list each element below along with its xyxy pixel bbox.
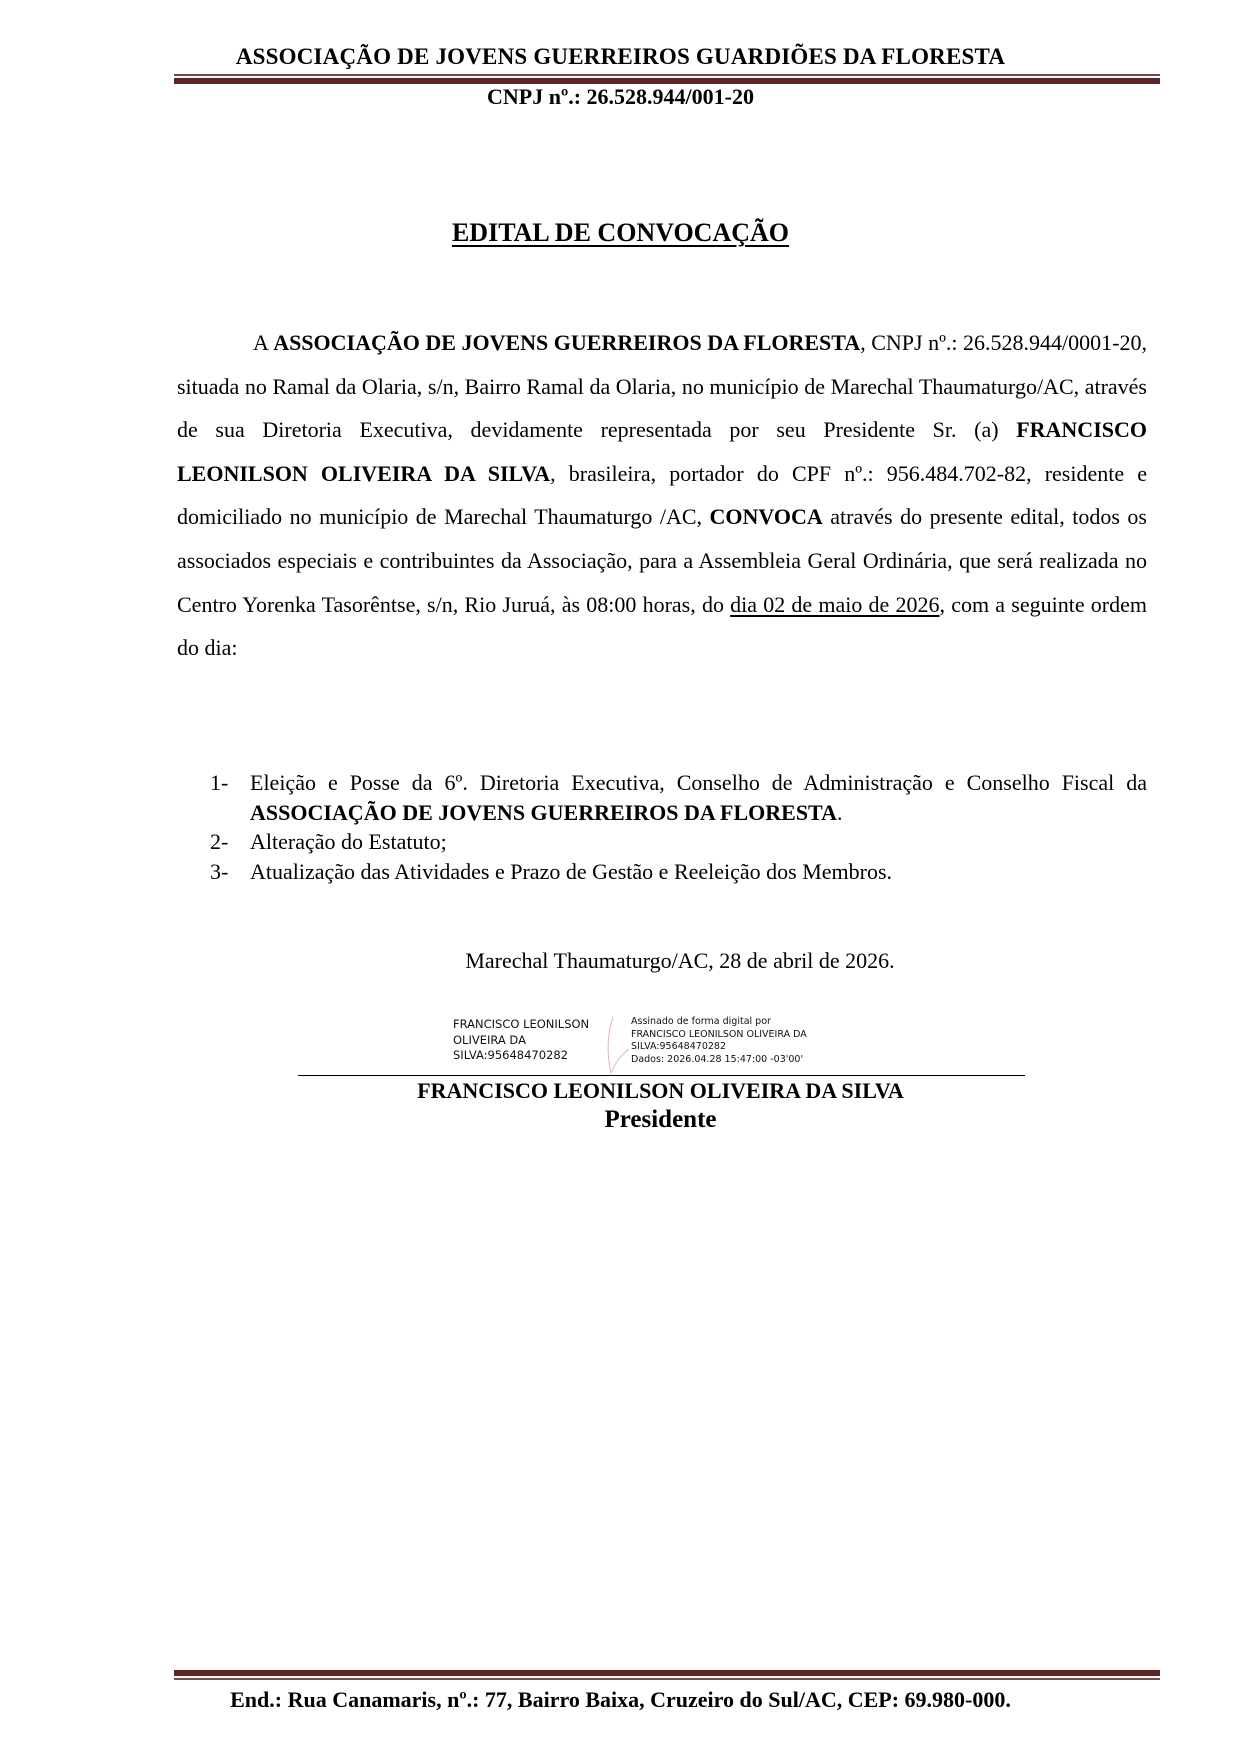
agenda-number: 1- — [210, 768, 228, 798]
agenda-item: 3-Atualização das Atividades e Prazo de … — [210, 857, 1147, 887]
agenda-bold: ASSOCIAÇÃO DE JOVENS GUERREIROS DA FLORE… — [250, 800, 837, 825]
agenda-text: Eleição e Posse da 6º. Diretoria Executi… — [250, 770, 1147, 795]
signer-line: SILVA:95648470282 — [453, 1048, 589, 1064]
header-cnpj: CNPJ nº.: 26.528.944/001-20 — [0, 84, 1241, 110]
footer-address: End.: Rua Canamaris, nº.: 77, Bairro Bai… — [0, 1687, 1241, 1713]
signer-name: FRANCISCO LEONILSON OLIVEIRA DA SILVA — [0, 1078, 1241, 1104]
footer-rule — [174, 1670, 1160, 1680]
organization-header: ASSOCIAÇÃO DE JOVENS GUERREIROS GUARDIÕE… — [0, 44, 1241, 70]
document-page: ASSOCIAÇÃO DE JOVENS GUERREIROS GUARDIÕE… — [0, 0, 1241, 1755]
convoca-keyword: CONVOCA — [710, 504, 823, 529]
agenda-text: Atualização das Atividades e Prazo de Ge… — [250, 859, 892, 884]
document-title: EDITAL DE CONVOCAÇÃO — [0, 218, 1241, 248]
details-line: Assinado de forma digital por — [631, 1016, 807, 1029]
agenda-number: 2- — [210, 827, 228, 857]
paragraph-text: A — [253, 330, 273, 355]
signer-line: FRANCISCO LEONILSON — [453, 1017, 589, 1033]
convocation-paragraph: A ASSOCIAÇÃO DE JOVENS GUERREIROS DA FLO… — [177, 321, 1147, 670]
details-line: Dados: 2026.04.28 15:47:00 -03'00' — [631, 1054, 807, 1067]
place-date: Marechal Thaumaturgo/AC, 28 de abril de … — [0, 948, 1241, 974]
signer-line: OLIVEIRA DA — [453, 1033, 589, 1049]
agenda-suffix: . — [837, 800, 843, 825]
agenda-text: Alteração do Estatuto; — [250, 829, 447, 854]
agenda-number: 3- — [210, 857, 228, 887]
header-rule — [174, 74, 1160, 84]
digital-signer: FRANCISCO LEONILSON OLIVEIRA DA SILVA:95… — [453, 1017, 589, 1064]
signature-line — [298, 1075, 1025, 1076]
details-line: SILVA:95648470282 — [631, 1041, 807, 1054]
digital-signature-stamp: FRANCISCO LEONILSON OLIVEIRA DA SILVA:95… — [453, 1015, 853, 1075]
digital-signature-details: Assinado de forma digital por FRANCISCO … — [631, 1016, 807, 1066]
signer-role: Presidente — [0, 1106, 1241, 1134]
details-line: FRANCISCO LEONILSON OLIVEIRA DA — [631, 1029, 807, 1042]
agenda-list: 1-Eleição e Posse da 6º. Diretoria Execu… — [210, 768, 1147, 886]
agenda-item: 2-Alteração do Estatuto; — [210, 827, 1147, 857]
meeting-date: dia 02 de maio de 2026 — [730, 592, 939, 617]
document-title-text: EDITAL DE CONVOCAÇÃO — [452, 218, 789, 247]
organization-name: ASSOCIAÇÃO DE JOVENS GUERREIROS DA FLORE… — [273, 330, 860, 355]
signature-logo-icon — [601, 1015, 631, 1075]
agenda-item: 1-Eleição e Posse da 6º. Diretoria Execu… — [210, 768, 1147, 827]
